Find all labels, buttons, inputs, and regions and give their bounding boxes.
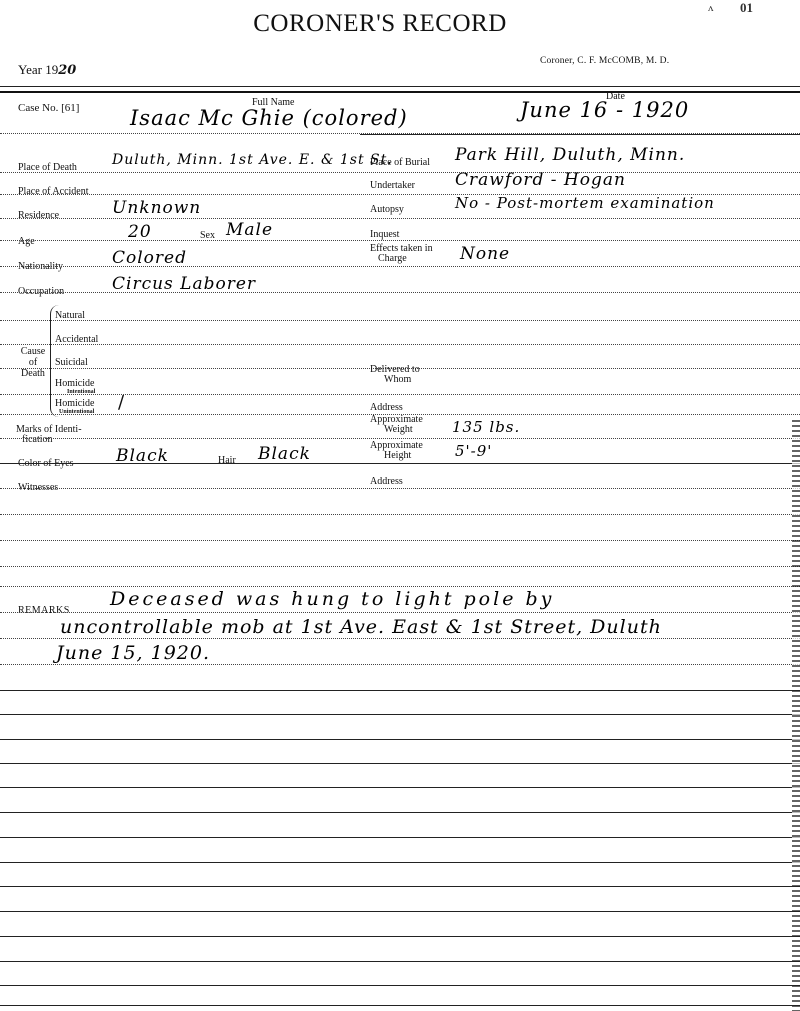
line-death (0, 172, 800, 173)
date-value[interactable]: June 16 - 1920 (520, 98, 689, 122)
cause-homicide-unintentional[interactable]: Homicide Unintentional (55, 398, 94, 415)
height-value[interactable]: 5'-9' (455, 442, 492, 460)
blank-line (0, 936, 800, 937)
cause-label-1: Cause (16, 346, 50, 357)
homicide-unintentional-checkmark: / (118, 392, 124, 413)
place-of-accident-label: Place of Accident (18, 186, 89, 197)
undertaker-label: Undertaker (370, 180, 415, 191)
blank-line (0, 985, 800, 986)
delivered-label-2: Whom (384, 374, 411, 385)
coroner-name: Coroner, C. F. McCOMB, M. D. (540, 56, 669, 66)
year-field: Year 1920 (18, 62, 76, 78)
remarks-rule-3 (0, 664, 800, 665)
blank-line (0, 862, 800, 863)
line-witnesses (0, 488, 800, 489)
occupation-value[interactable]: Circus Laborer (112, 274, 256, 294)
blank-line (0, 586, 800, 587)
blank-line (0, 961, 800, 962)
line-accidental (0, 344, 800, 345)
header-divider-thick (0, 91, 800, 93)
header-divider (0, 86, 800, 87)
homicide-intentional-label: Homicide (55, 378, 95, 389)
hair-value[interactable]: Black (258, 444, 311, 464)
remarks-rule-1 (0, 612, 800, 613)
inquest-label: Inquest (370, 229, 399, 240)
blank-line (0, 837, 800, 838)
marks-label-2: fication (22, 434, 53, 445)
year-value: 20 (58, 63, 76, 78)
age-value[interactable]: 20 (128, 222, 152, 242)
line-residence (0, 218, 800, 219)
cause-homicide-intentional[interactable]: Homicide Intentional (55, 378, 95, 395)
blank-line (0, 566, 800, 567)
cause-label-3: Death (16, 368, 50, 379)
age-label: Age (18, 236, 35, 247)
residence-label: Residence (18, 210, 59, 221)
hair-label: Hair (218, 455, 236, 466)
remarks-rule-2 (0, 638, 800, 639)
page-title: CORONER'S RECORD (0, 10, 760, 38)
blank-line (0, 1005, 800, 1006)
place-of-burial-label: Place of Burial (370, 157, 430, 168)
blank-line (0, 886, 800, 887)
sex-value[interactable]: Male (226, 220, 273, 240)
full-name-value[interactable]: Isaac Mc Ghie (colored) (130, 106, 408, 130)
blank-line (0, 540, 800, 541)
height-label-2: Height (384, 450, 411, 461)
line-eyes (0, 463, 800, 464)
blank-line (0, 787, 800, 788)
line-age (0, 240, 800, 241)
remarks-label: REMARKS (18, 605, 70, 616)
undertaker-value[interactable]: Crawford - Hogan (455, 170, 626, 190)
blank-line (0, 739, 800, 740)
autopsy-label: Autopsy (370, 204, 404, 215)
case-number-field: Case No. [61] (18, 102, 79, 114)
blank-line (0, 690, 800, 691)
address-label-1: Address (370, 402, 403, 413)
residence-value[interactable]: Unknown (112, 198, 201, 218)
place-of-burial-value[interactable]: Park Hill, Duluth, Minn. (455, 145, 685, 165)
homicide-unintentional-label: Homicide (55, 398, 94, 409)
case-number: [61] (61, 102, 79, 114)
weight-value[interactable]: 135 lbs. (452, 418, 520, 436)
cause-label: Cause of Death (16, 346, 50, 379)
weight-label-2: Weight (384, 424, 413, 435)
blank-line (0, 763, 800, 764)
blank-line (0, 812, 800, 813)
blank-line (0, 514, 800, 515)
remarks-line-1[interactable]: Deceased was hung to light pole by (110, 588, 554, 610)
line-occupation (0, 292, 800, 293)
address-label-2: Address (370, 476, 403, 487)
line-nationality (0, 266, 800, 267)
cause-suicidal[interactable]: Suicidal (55, 357, 88, 368)
blank-line (0, 911, 800, 912)
effects-value[interactable]: None (460, 244, 510, 264)
autopsy-value[interactable]: No - Post-mortem examination (455, 194, 715, 212)
nationality-value[interactable]: Colored (112, 248, 187, 268)
effects-label-2: Charge (378, 253, 407, 264)
remarks-line-3[interactable]: June 15, 1920. (56, 642, 210, 664)
year-label: Year 19 (18, 62, 58, 77)
name-line-solid (360, 134, 800, 135)
case-label: Case No. (18, 102, 58, 114)
remarks-line-2[interactable]: uncontrollable mob at 1st Ave. East & 1s… (60, 616, 662, 638)
blank-line (0, 714, 800, 715)
place-of-death-value[interactable]: Duluth, Minn. 1st Ave. E. & 1st St. (112, 152, 393, 168)
line-marks (0, 438, 800, 439)
line-natural (0, 320, 800, 321)
page-edge-shadow (792, 420, 800, 1011)
cause-label-2: of (16, 357, 50, 368)
